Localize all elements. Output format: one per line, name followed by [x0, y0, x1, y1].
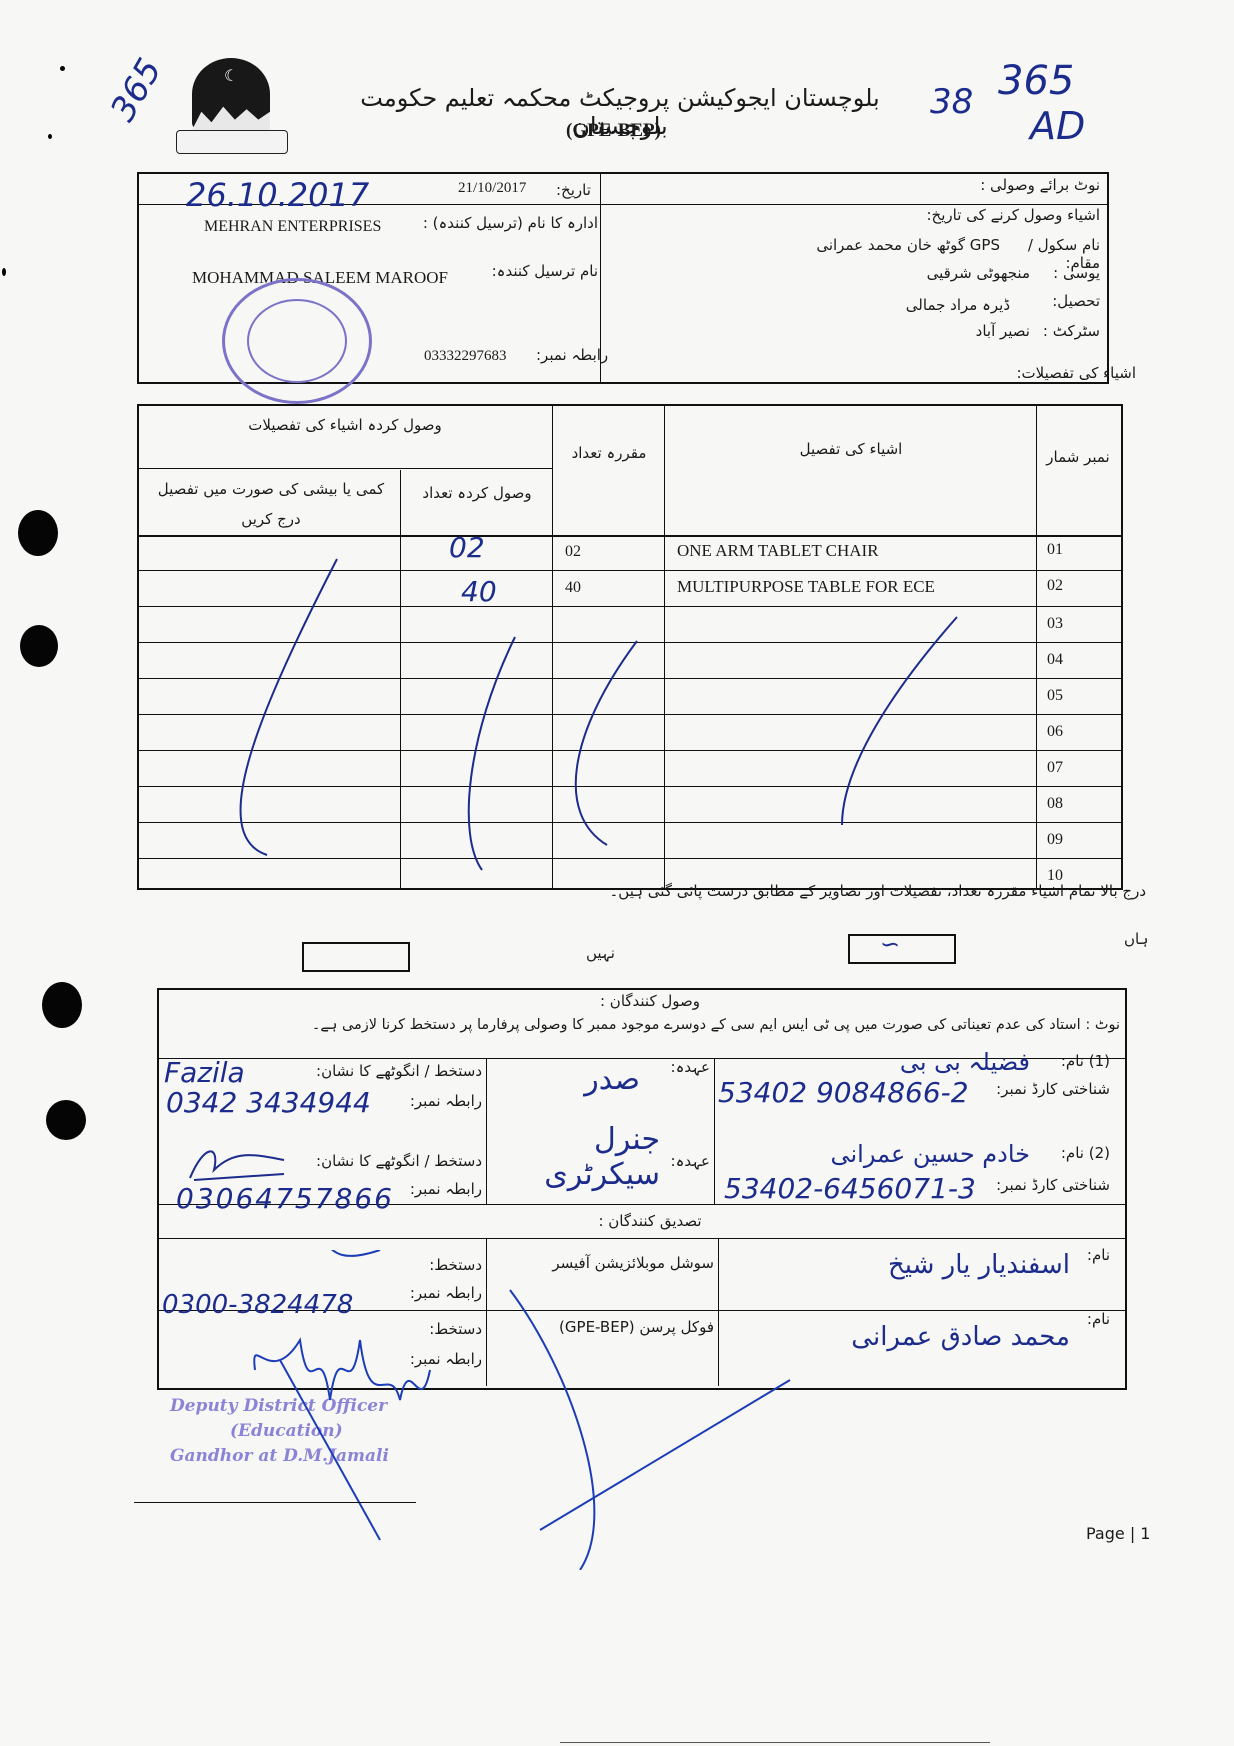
- speck: [2, 268, 6, 276]
- receiver2-cnic-label: شناختی کارڈ نمبر:: [990, 1176, 1110, 1194]
- receiver2-cnic-value: 53402-6456071-3: [724, 1172, 976, 1205]
- header-shortage-detail: کمی یا بیشی کی صورت میں تفصیل درج کریں: [148, 474, 394, 534]
- uc-value: منجھوٹی شرقیی: [880, 264, 1030, 282]
- receipt-note-label: نوٹ برائے وصولی :: [820, 176, 1100, 194]
- signature-icon: [184, 1140, 294, 1184]
- handwritten-number-365: 365: [998, 58, 1074, 104]
- receivers-title: وصول کنندگان :: [500, 992, 800, 1010]
- emblem-ribbon: [176, 130, 288, 154]
- contact-value: 03332297683: [424, 348, 507, 365]
- sign-value-1: Fazila: [164, 1056, 245, 1089]
- uc-label: یوسی :: [1040, 264, 1100, 282]
- verifier2-name-value: محمد صادق عمرانی: [780, 1322, 1070, 1352]
- designation-label-2: عہدہ:: [660, 1152, 710, 1170]
- contact-label-1: رابطہ نمبر:: [400, 1092, 482, 1110]
- tehsil-label: تحصیل:: [1040, 292, 1100, 310]
- designation-value-1: صدر: [540, 1062, 640, 1097]
- district-value: نصیر آباد: [920, 322, 1030, 340]
- district-label: سٹرکٹ :: [1040, 322, 1100, 340]
- bottom-edge-line: [560, 1742, 990, 1743]
- contact-value-2: 03064757866: [176, 1182, 394, 1215]
- speck: [60, 66, 65, 71]
- handwritten-initials: AD: [1030, 104, 1085, 148]
- receiver1-cnic-value: 53402 9084866-2: [718, 1076, 969, 1109]
- handwritten-received-date: 26.10.2017: [186, 176, 369, 214]
- program-name: (GPE-BEP): [566, 120, 661, 142]
- verifier2-name-label: نام:: [1080, 1310, 1110, 1328]
- receive-date-label: اشیاء وصول کرنے کی تاریخ:: [800, 206, 1100, 224]
- speck: [48, 134, 52, 139]
- contact-label: رابطہ نمبر:: [536, 346, 608, 364]
- receiver1-cnic-label: شناختی کارڈ نمبر:: [990, 1080, 1110, 1098]
- punch-hole: [46, 1100, 86, 1140]
- header-received-group: وصول کردہ اشیاء کی تفصیلات: [140, 416, 550, 434]
- header-received-qty: وصول کردہ تعداد: [404, 484, 550, 502]
- designation-label-1: عہدہ:: [660, 1058, 710, 1076]
- yes-checkmark-icon: ∽: [880, 930, 900, 958]
- tehsil-value: ڈیرہ مراد جمالی: [860, 296, 1010, 314]
- company-stamp: [222, 278, 372, 404]
- items-section-label: اشیاء کی تفصیلات:: [960, 364, 1136, 382]
- header-prescribed-qty: مقررہ تعداد: [556, 444, 662, 462]
- header-serial: نمبر شمار: [1040, 448, 1116, 466]
- no-checkbox[interactable]: [302, 942, 410, 972]
- receiver2-name-label: (2) نام:: [1040, 1144, 1110, 1162]
- signature-line: [134, 1502, 416, 1503]
- sender-label: نام ترسیل کنندہ:: [486, 262, 598, 280]
- contact-label-2: رابطہ نمبر:: [400, 1180, 482, 1198]
- yes-label: ہاں: [1124, 930, 1148, 948]
- receiver1-name-label: (1) نام:: [1040, 1052, 1110, 1070]
- designation-value-2: جنرل سیکرٹری: [490, 1122, 660, 1192]
- crescent-icon: ☾: [224, 66, 238, 85]
- large-signature-strokes: [150, 1250, 810, 1570]
- verifiers-title: تصدیق کنندگان :: [500, 1212, 800, 1230]
- date-value: 21/10/2017: [458, 180, 526, 197]
- sign-label-2: دستخط / انگوٹھے کا نشان:: [290, 1152, 482, 1170]
- balochistan-emblem-icon: ☾: [192, 58, 270, 130]
- verifier1-name-label: نام:: [1080, 1246, 1110, 1264]
- page-number: Page | 1: [1086, 1524, 1150, 1543]
- no-label: نہیں: [586, 944, 615, 962]
- org-label: ادارہ کا نام (ترسیل کنندہ) :: [420, 214, 598, 232]
- yes-checkbox[interactable]: ∽: [848, 934, 956, 964]
- handwritten-number-38: 38: [930, 82, 973, 122]
- sign-label-1: دستخط / انگوٹھے کا نشان:: [290, 1062, 482, 1080]
- contact-value-1: 0342 3434944: [166, 1086, 371, 1119]
- header-description: اشیاء کی تفصیل: [668, 440, 1034, 458]
- date-label: تاریخ:: [556, 181, 591, 199]
- receiver2-name-value: خادم حسین عمرانی: [800, 1140, 1030, 1168]
- receiver1-name-value: فضیلہ بی بی: [860, 1048, 1030, 1076]
- punch-hole: [20, 625, 58, 667]
- school-value: GPS گوٹھ خان محمد عمرانی: [790, 236, 1000, 254]
- handwritten-number-left: 365: [103, 52, 170, 128]
- punch-hole: [42, 982, 82, 1028]
- receivers-note: نوٹ : استاد کی عدم تعیناتی کی صورت میں پ…: [280, 1014, 1120, 1036]
- emblem-logo: ☾: [176, 58, 286, 154]
- punch-hole: [18, 510, 58, 556]
- confirmation-statement: درج بالا تمام اشیاء مقررہ تعداد، تفصیلات…: [560, 882, 1146, 900]
- org-value: MEHRAN ENTERPRISES: [204, 218, 381, 236]
- handwritten-strokes: [137, 535, 1121, 887]
